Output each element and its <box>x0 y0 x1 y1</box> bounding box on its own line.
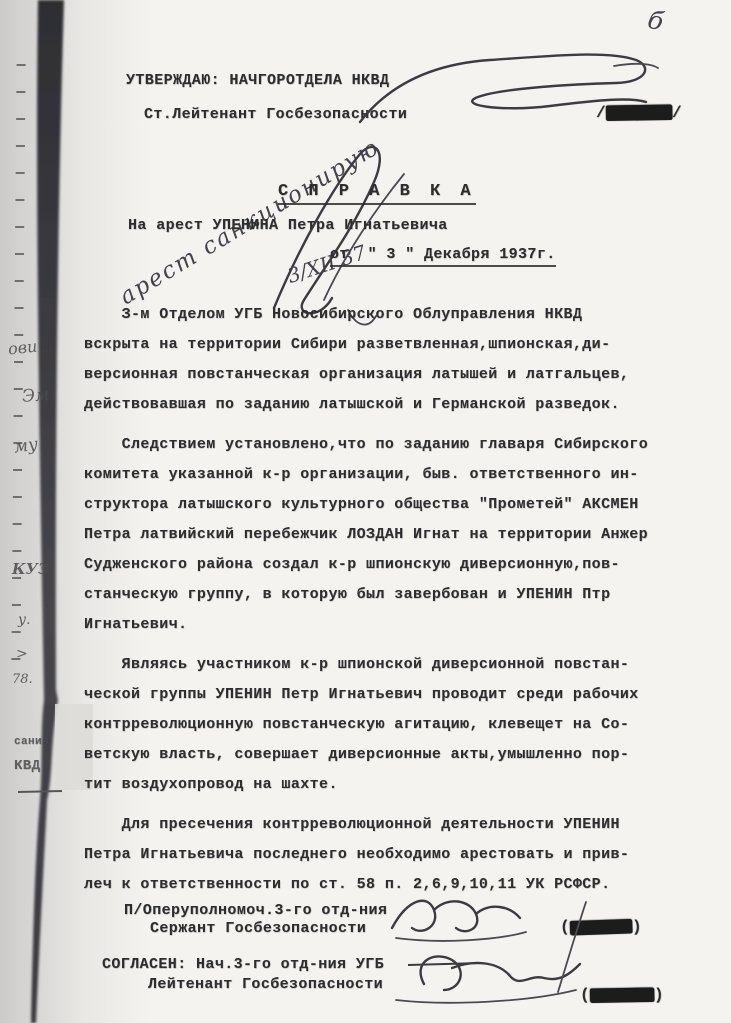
paragraph-1: З-м Отделом УГБ Новосибирского Облуправл… <box>84 300 724 420</box>
signer2-signature <box>408 946 598 1016</box>
margin-fragment: КУЗ <box>12 560 49 578</box>
signer1-role-line1: П/Оперуполномоч.3-го отд-ния <box>124 902 387 919</box>
signer2-role-line1: СОГЛАСЕН: Нач.3-го отд-ния УГБ <box>102 956 384 973</box>
signer1-name-redacted: () <box>560 918 642 936</box>
approver-name-redacted: // <box>596 104 682 122</box>
signer1-role-line2: Сержант Госбезопасности <box>150 920 366 937</box>
redaction-block <box>606 105 672 121</box>
slash-left: / <box>596 104 606 122</box>
signer2-role-line2: Лейтенант Госбезопасности <box>148 976 383 993</box>
margin-fragment: Эм <box>21 385 49 407</box>
signer1-signature <box>382 886 542 946</box>
margin-fragment: му <box>13 434 40 457</box>
margin-fragment-typed: сания <box>14 736 49 748</box>
footer-dash <box>408 962 488 970</box>
scanned-document-page: ови Эм му КУЗ у. 78. > сания КВД б УТВЕР… <box>0 0 731 1023</box>
date-line: от " 3 " Декабря 1937г. <box>330 246 556 267</box>
document-title: С П Р А В К А <box>278 182 476 205</box>
approver-signature <box>352 44 662 144</box>
page-number-mark: б <box>645 5 666 37</box>
paragraph-3: Являясь участником к-р шпионской диверси… <box>84 650 724 800</box>
paren-close: ) <box>632 918 642 936</box>
paren-close: ) <box>654 986 664 1004</box>
paragraph-2: Следствием установлено,что по заданию гл… <box>84 430 724 640</box>
redaction-block <box>590 987 654 1002</box>
approval-line: УТВЕРЖДАЮ: НАЧГОРОТДЕЛА НКВД <box>126 72 389 89</box>
signer2-name-redacted: () <box>580 986 664 1004</box>
paren-open: ( <box>580 986 590 1004</box>
margin-fragment: > <box>16 646 28 662</box>
slash-right: / <box>672 104 682 122</box>
margin-fragment: у. <box>18 612 31 628</box>
margin-fragment: ови <box>7 337 38 359</box>
margin-fragment-typed: КВД <box>14 758 40 774</box>
document-body: З-м Отделом УГБ Новосибирского Облуправл… <box>84 300 724 910</box>
margin-fragment: 78. <box>12 672 33 687</box>
paren-open: ( <box>560 918 570 936</box>
subject-line: На арест УПЕНИНА Петра Игнатьевича <box>128 217 448 234</box>
